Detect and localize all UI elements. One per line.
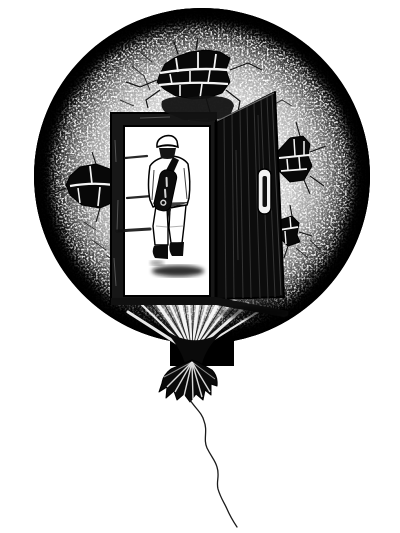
balloon-door-illustration: Ink drawing: balloon with an open door bbox=[0, 0, 400, 533]
door-handle bbox=[258, 169, 271, 214]
open-door bbox=[216, 92, 284, 299]
door-assembly bbox=[111, 92, 291, 319]
figure-shadow-small bbox=[150, 261, 164, 265]
illustration-canvas: Ink drawing: balloon with an open door bbox=[0, 0, 400, 533]
figure-shadow bbox=[152, 266, 204, 277]
